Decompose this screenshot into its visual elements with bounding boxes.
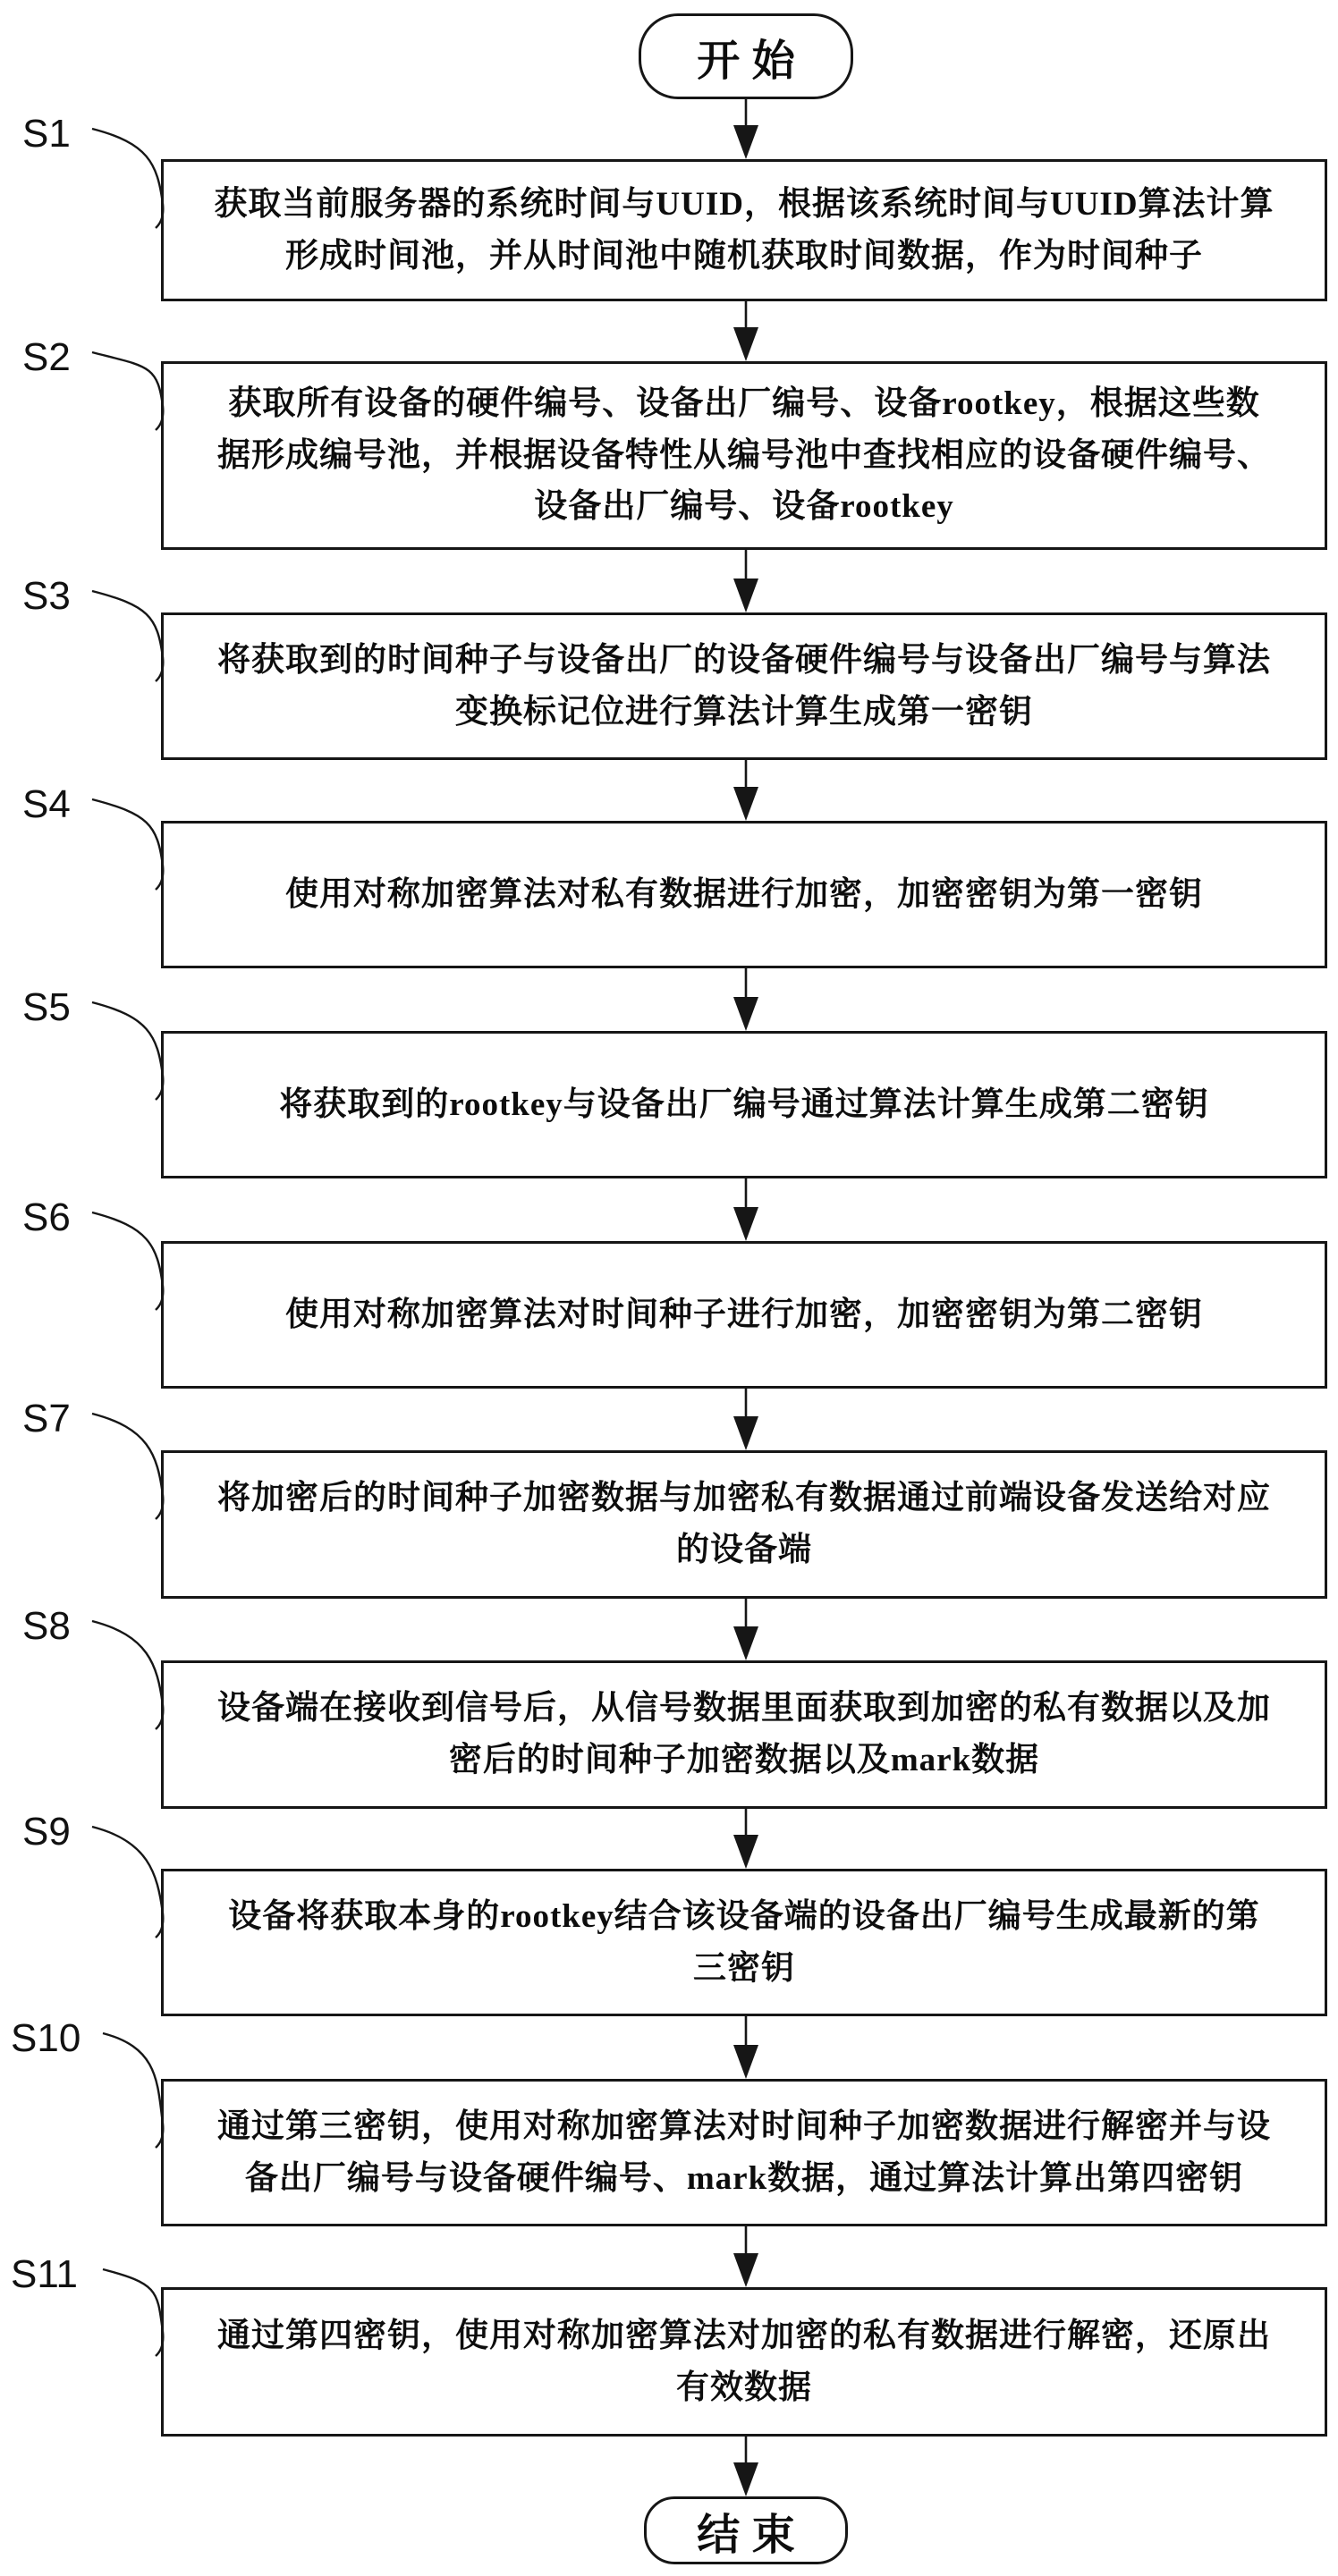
start-label: 开始 (685, 26, 807, 88)
process-text-s11: 通过第四密钥，使用对称加密算法对加密的私有数据进行解密，还原出 有效数据 (164, 2310, 1325, 2413)
flow-arrowhead (733, 579, 758, 612)
step-label-s2: S2 (22, 338, 71, 377)
step-callout-curve-s10 (103, 2033, 163, 2148)
process-text-s10: 通过第三密钥，使用对称加密算法对时间种子加密数据进行解密并与设 备出厂编号与设备… (164, 2101, 1325, 2204)
flow-arrowhead (733, 2045, 758, 2079)
end-label: 结束 (685, 2500, 807, 2562)
step-label-s1: S1 (22, 114, 71, 154)
flow-arrowhead (733, 2462, 758, 2496)
process-box-s11: 通过第四密钥，使用对称加密算法对加密的私有数据进行解密，还原出 有效数据 (161, 2287, 1327, 2437)
process-text-s9: 设备将获取本身的rootkey结合该设备端的设备出厂编号生成最新的第 三密钥 (164, 1891, 1325, 1994)
process-box-s1: 获取当前服务器的系统时间与UUID，根据该系统时间与UUID算法计算 形成时间池… (161, 159, 1327, 301)
process-box-s6: 使用对称加密算法对时间种子进行加密，加密密钥为第二密钥 (161, 1241, 1327, 1389)
process-text-s8: 设备端在接收到信号后，从信号数据里面获取到加密的私有数据以及加 密后的时间种子加… (164, 1683, 1325, 1786)
step-label-s10: S10 (11, 2019, 80, 2058)
process-box-s9: 设备将获取本身的rootkey结合该设备端的设备出厂编号生成最新的第 三密钥 (161, 1869, 1327, 2016)
process-text-s5: 将获取到的rootkey与设备出厂编号通过算法计算生成第二密钥 (164, 1079, 1325, 1131)
flow-arrowhead (733, 1416, 758, 1450)
flow-arrowhead (733, 1626, 758, 1660)
step-callout-curve-s9 (92, 1827, 163, 1938)
step-callout-curve-s1 (92, 129, 163, 228)
flow-arrowhead (733, 1207, 758, 1241)
flow-arrowhead (733, 327, 758, 361)
step-label-s8: S8 (22, 1607, 71, 1646)
process-box-s10: 通过第三密钥，使用对称加密算法对时间种子加密数据进行解密并与设 备出厂编号与设备… (161, 2079, 1327, 2226)
step-callout-curve-s7 (92, 1414, 163, 1519)
process-box-s5: 将获取到的rootkey与设备出厂编号通过算法计算生成第二密钥 (161, 1031, 1327, 1178)
flow-arrowhead (733, 1835, 758, 1869)
step-label-s4: S4 (22, 785, 71, 824)
process-box-s7: 将加密后的时间种子加密数据与加密私有数据通过前端设备发送给对应 的设备端 (161, 1450, 1327, 1599)
end-node: 结束 (644, 2496, 848, 2564)
flow-arrowhead (733, 787, 758, 821)
process-text-s7: 将加密后的时间种子加密数据与加密私有数据通过前端设备发送给对应 的设备端 (164, 1473, 1325, 1575)
step-callout-curve-s5 (92, 1002, 163, 1100)
step-callout-curve-s3 (92, 591, 163, 681)
flow-arrowhead (733, 125, 758, 159)
process-box-s2: 获取所有设备的硬件编号、设备出厂编号、设备rootkey，根据这些数 据形成编号… (161, 361, 1327, 550)
process-text-s1: 获取当前服务器的系统时间与UUID，根据该系统时间与UUID算法计算 形成时间池… (164, 179, 1325, 282)
step-callout-curve-s2 (92, 352, 163, 430)
process-text-s6: 使用对称加密算法对时间种子进行加密，加密密钥为第二密钥 (164, 1289, 1325, 1341)
process-box-s8: 设备端在接收到信号后，从信号数据里面获取到加密的私有数据以及加 密后的时间种子加… (161, 1660, 1327, 1809)
flow-arrowhead (733, 2253, 758, 2287)
step-callout-curve-s4 (92, 799, 163, 890)
process-text-s4: 使用对称加密算法对私有数据进行加密，加密密钥为第一密钥 (164, 869, 1325, 921)
step-label-s11: S11 (11, 2255, 78, 2294)
step-callout-curve-s6 (92, 1212, 163, 1310)
flow-arrowhead (733, 997, 758, 1031)
step-label-s3: S3 (22, 577, 71, 616)
step-label-s9: S9 (22, 1812, 71, 1852)
start-node: 开始 (639, 13, 853, 99)
step-label-s7: S7 (22, 1399, 71, 1439)
process-text-s2: 获取所有设备的硬件编号、设备出厂编号、设备rootkey，根据这些数 据形成编号… (164, 378, 1325, 533)
step-callout-curve-s11 (103, 2269, 163, 2356)
process-text-s3: 将获取到的时间种子与设备出厂的设备硬件编号与设备出厂编号与算法 变换标记位进行算… (164, 635, 1325, 738)
process-box-s3: 将获取到的时间种子与设备出厂的设备硬件编号与设备出厂编号与算法 变换标记位进行算… (161, 612, 1327, 760)
step-label-s6: S6 (22, 1198, 71, 1237)
process-box-s4: 使用对称加密算法对私有数据进行加密，加密密钥为第一密钥 (161, 821, 1327, 968)
step-label-s5: S5 (22, 988, 71, 1027)
flowchart-canvas: 开始 S1获取当前服务器的系统时间与UUID，根据该系统时间与UUID算法计算 … (0, 0, 1338, 2576)
step-callout-curve-s8 (92, 1621, 163, 1729)
